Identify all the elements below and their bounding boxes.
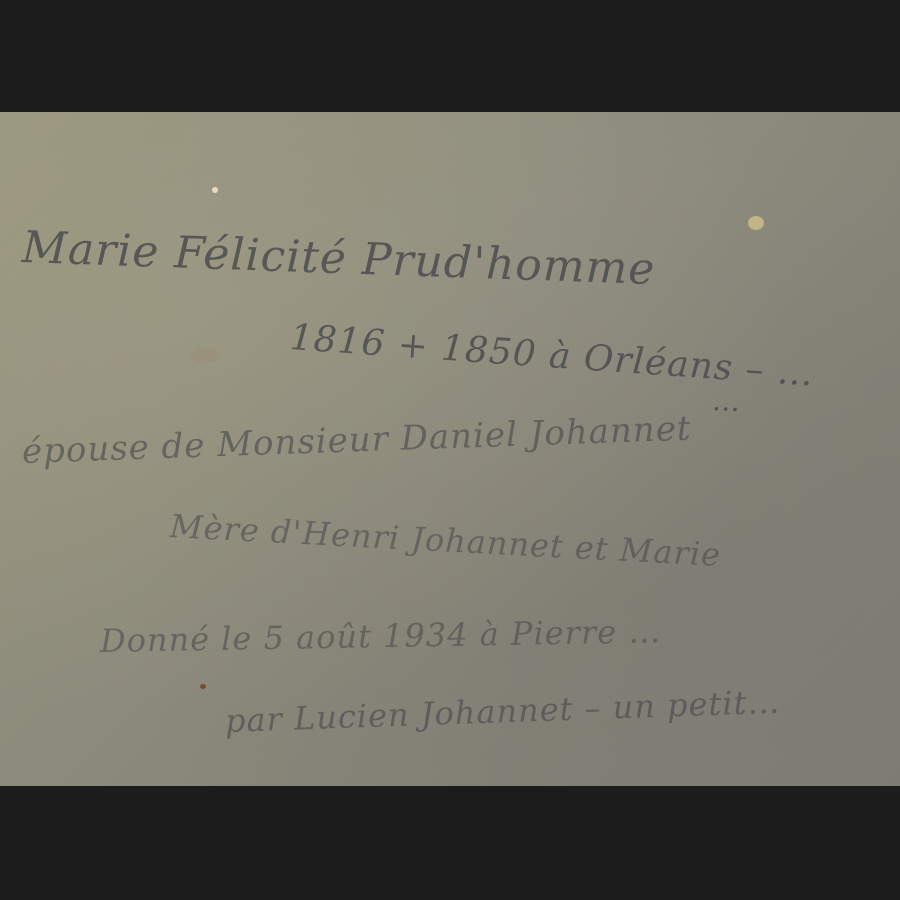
- paper-stain: [190, 347, 220, 363]
- note-line-spouse: épouse de Monsieur Daniel Johannet: [21, 409, 692, 472]
- paper-speck: [212, 187, 218, 193]
- note-line-children: Mère d'Henri Johannet et Marie: [169, 507, 722, 574]
- note-line-dates: 1816 + 1850 à Orléans – …: [289, 317, 816, 395]
- note-line-name: Marie Félicité Prud'homme: [21, 222, 656, 295]
- paper-speck: [200, 684, 206, 689]
- note-line-given-date: Donné le 5 août 1934 à Pierre …: [100, 612, 662, 660]
- note-line-given-by: par Lucien Johannet – un petit…: [224, 683, 781, 740]
- handwritten-note-photo: Marie Félicité Prud'homme 1816 + 1850 à …: [0, 112, 900, 786]
- note-line-fragment: …: [711, 384, 741, 418]
- paper-stain: [748, 216, 764, 230]
